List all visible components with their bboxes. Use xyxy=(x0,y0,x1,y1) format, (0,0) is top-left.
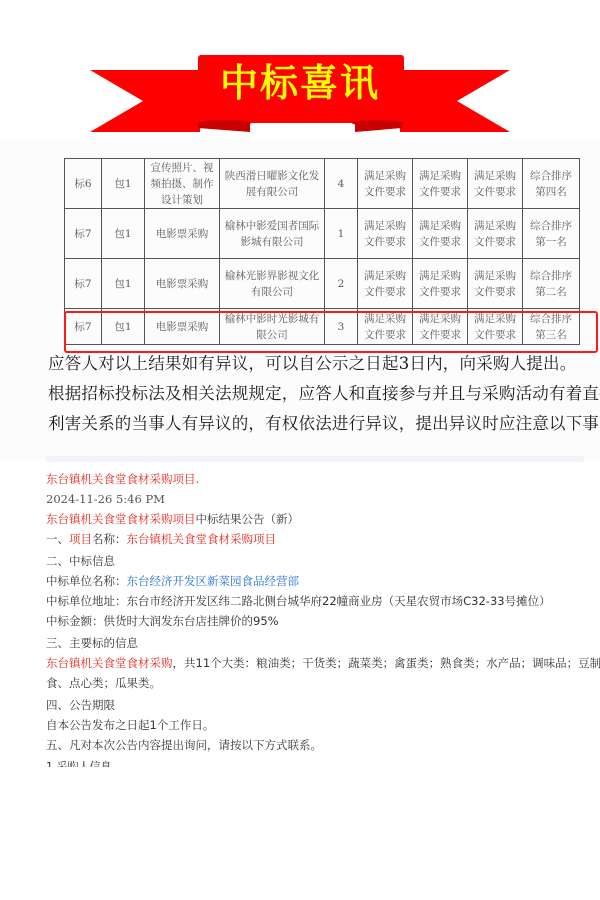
package-cell: 包1 xyxy=(102,209,145,259)
item-cell: 电影票采购 xyxy=(145,259,220,309)
requirement-cell: 满足采购文件要求 xyxy=(468,159,523,209)
rank-cell: 综合排序第四名 xyxy=(523,159,580,209)
section-heading: 五、凡对本次公告内容提出询问，请按以下方式联系。 xyxy=(46,736,322,754)
table-row: 标7 包1 电影票采购 榆林光影界影视文化有限公司 2 满足采购文件要求 满足采… xyxy=(65,259,580,309)
number-cell: 1 xyxy=(325,209,358,259)
rank-cell: 综合排序第一名 xyxy=(523,209,580,259)
section-heading: 四、公告期限 xyxy=(46,696,115,714)
company-cell: 陕西滑日曜影文化发展有限公司 xyxy=(220,159,325,209)
item-cell: 宣传照片、视频拍摄、制作设计策划 xyxy=(145,159,220,209)
item-cell: 电影票采购 xyxy=(145,209,220,259)
section-heading: 三、主要标的信息 xyxy=(46,634,138,652)
amount-line: 中标金额：供货时大润发东台店挂牌价的95% xyxy=(46,612,279,630)
requirement-cell: 满足采购文件要求 xyxy=(358,259,413,309)
items-line: 东台镇机关食堂食材采购，共11个大类：粮油类；干货类；蔬菜类；禽蛋类；熟食类；水… xyxy=(46,654,600,672)
items-line-cont: 食、点心类；瓜果类。 xyxy=(46,674,161,692)
announcement-heading: 东台镇机关食堂食材采购项目中标结果公告（新） xyxy=(46,510,299,528)
number-cell: 4 xyxy=(325,159,358,209)
project-title-link[interactable]: 东台镇机关食堂食材采购项目 xyxy=(46,472,196,486)
bid-cell: 标7 xyxy=(65,259,102,309)
requirement-cell: 满足采购文件要求 xyxy=(358,209,413,259)
address-line: 中标单位地址：东台市经济开发区纬二路北侧台城华府22幢商业房（天星农贸市场C32… xyxy=(46,592,551,610)
banner-title: 中标喜讯 xyxy=(0,63,600,103)
requirement-cell: 满足采购文件要求 xyxy=(413,209,468,259)
announcement-title-line: 东台镇机关食堂食材采购项目. xyxy=(46,470,199,488)
project-name-link[interactable]: 东台镇机关食堂食材采购项目 xyxy=(127,532,277,546)
procurement-link[interactable]: 东台镇机关食堂食材采购 xyxy=(46,656,173,670)
requirement-cell: 满足采购文件要求 xyxy=(468,209,523,259)
bid-cell: 标6 xyxy=(65,159,102,209)
requirement-cell: 满足采购文件要求 xyxy=(413,159,468,209)
winning-bid-banner: 中标喜讯 xyxy=(0,30,600,140)
scan-paragraph: 根据招标投标法及相关法规规定，应答人和直接参与并且与采购活动有着直接 xyxy=(48,384,600,404)
heading-project-link[interactable]: 东台镇机关食堂食材采购项目 xyxy=(46,512,196,526)
period-text: 自本公告发布之日起1个工作日。 xyxy=(46,716,214,734)
project-name-line: 一、项目名称：东台镇机关食堂食材采购项目 xyxy=(46,530,276,548)
requirement-cell: 满足采购文件要求 xyxy=(358,159,413,209)
scan-divider xyxy=(46,456,584,462)
requirement-cell: 满足采购文件要求 xyxy=(413,259,468,309)
highlight-box xyxy=(64,311,598,353)
cut-off-line: 1.采购人信息 xyxy=(46,758,112,767)
scan-paragraph: 利害关系的当事人有异议的，有权依法进行异议，提出异议时应注意以下事项 xyxy=(48,414,600,434)
winner-link[interactable]: 东台经济开发区新菜园食品经营部 xyxy=(127,574,300,588)
bid-cell: 标7 xyxy=(65,209,102,259)
requirement-cell: 满足采购文件要求 xyxy=(468,259,523,309)
timestamp: 2024-11-26 5:46 PM xyxy=(46,490,165,508)
section-heading: 二、中标信息 xyxy=(46,552,115,570)
project-label-link[interactable]: 项目 xyxy=(69,532,92,546)
winner-line: 中标单位名称：东台经济开发区新菜园食品经营部 xyxy=(46,572,299,590)
package-cell: 包1 xyxy=(102,259,145,309)
company-cell: 榆林中影爱国者国际影城有限公司 xyxy=(220,209,325,259)
company-cell: 榆林光影界影视文化有限公司 xyxy=(220,259,325,309)
rank-cell: 综合排序第二名 xyxy=(523,259,580,309)
number-cell: 2 xyxy=(325,259,358,309)
package-cell: 包1 xyxy=(102,159,145,209)
scan-paragraph: 应答人对以上结果如有异议，可以自公示之日起3日内，向采购人提出。 xyxy=(48,354,576,374)
table-row: 标6 包1 宣传照片、视频拍摄、制作设计策划 陕西滑日曜影文化发展有限公司 4 … xyxy=(65,159,580,209)
table-row: 标7 包1 电影票采购 榆林中影爱国者国际影城有限公司 1 满足采购文件要求 满… xyxy=(65,209,580,259)
